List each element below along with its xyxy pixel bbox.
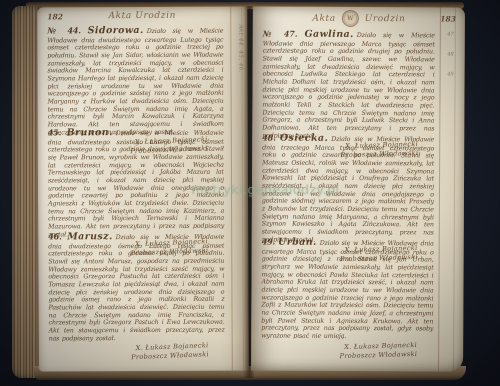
- entry-title: Marusz.: [67, 231, 115, 242]
- photo-background: 182 Akta Urodzin Akt 44. 45. 46. № 44. S…: [0, 0, 500, 386]
- entry-title: Urban.: [278, 237, 320, 248]
- header-word-right: Urodzin: [365, 14, 406, 24]
- entry-body: Działo się w Mieście Włodawie dnia czwar…: [261, 240, 434, 340]
- signature-block: X. Łukasz Bojanecki Proboszcz Włodawski: [261, 340, 433, 362]
- entry-number: № 47.: [263, 28, 298, 38]
- margin-notes-column: 47 48 49: [447, 31, 454, 77]
- header-word-left: Akta: [312, 13, 335, 23]
- page-header-left: Akta Urodzin: [37, 11, 247, 22]
- margin-rule: [438, 7, 441, 371]
- signature-block: X. Łukasz Bojanecki Proboszcz Włodawski: [48, 341, 225, 365]
- entry-number: № 44.: [47, 25, 81, 35]
- entry-text: № 44. Sidorowa.Działo się w Mieście Włod…: [47, 25, 223, 137]
- margin-note: 47: [447, 31, 453, 37]
- entry-title: Sidorowa.: [88, 25, 147, 36]
- official-seal: W: [342, 10, 359, 27]
- entry-number: 46.: [48, 231, 62, 241]
- margin-note: 48: [447, 51, 453, 57]
- entry-number: 49.: [262, 236, 276, 246]
- entry-body: Działo się w Mieście Włodawie dnia dwudz…: [48, 234, 224, 342]
- entry-number: 45.: [48, 127, 62, 137]
- entry-body: Działo się w Mieście Włodawie dnia pierw…: [262, 32, 435, 139]
- record-entry-46: 46. Marusz.Działo się w Mieście Włodawie…: [48, 231, 225, 362]
- entry-title: Brunon.: [67, 127, 116, 138]
- entry-body: Działo się w Mieście Włodawie dnia dwudz…: [47, 28, 223, 136]
- entry-title: Gawlina.: [305, 29, 357, 40]
- entry-text: 49. Urban.Działo się w Mieście Włodawie …: [261, 236, 434, 341]
- watermark-overlay: metryki.genealodzy.pl: [158, 182, 373, 197]
- margin-note: 49: [447, 71, 453, 77]
- entry-text: № 47. Gawlina.Działo się w Mieście Włoda…: [262, 28, 435, 140]
- entry-title: Osiecka.: [280, 133, 331, 144]
- page-header-right: Akta W Urodzin: [253, 9, 465, 27]
- record-entry-49: 49. Urban.Działo się w Mieście Włodawie …: [261, 236, 434, 360]
- entry-text: 46. Marusz.Działo się w Mieście Włodawie…: [48, 231, 224, 343]
- entry-number: 48.: [262, 132, 276, 142]
